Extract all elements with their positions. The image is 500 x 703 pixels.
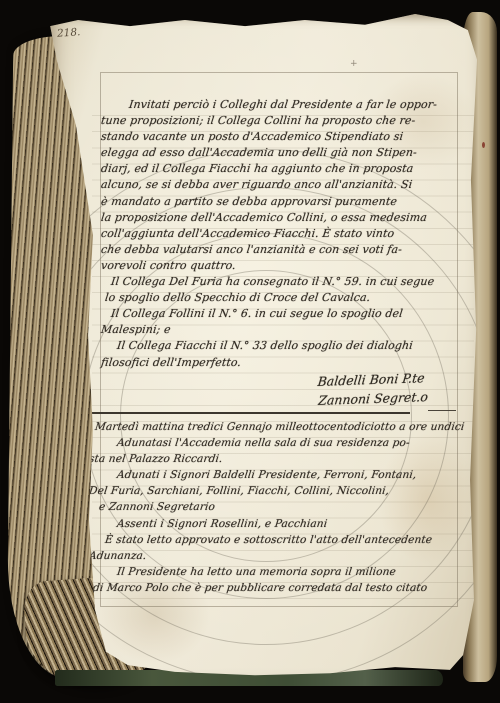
signature-secretary: Zannoni Segret.o [318,387,430,410]
manuscript-line: È stato letto approvato e sottoscritto l… [104,532,486,548]
manuscript-line: coll'aggiunta dell'Accademico Fiacchi. È… [100,226,486,242]
manuscript-line: diarj, ed il Collega Fiacchi ha aggiunto… [100,161,486,177]
manuscript-line: Malespini; e [100,322,486,338]
manuscript-line: Il Collega Follini il N.° 6. in cui segu… [110,306,486,322]
manuscript-line: e Zannoni Segretario [98,499,486,515]
manuscript-line: stando vacante un posto d'Accademico Sti… [100,129,486,145]
scanned-manuscript-photo: 218. + Invitati perciò i Colleghi dal Pr… [0,0,500,703]
manuscript-line: Il Collega Fiacchi il N.° 33 dello spogl… [116,338,486,354]
manuscript-line: di Marco Polo che è per pubblicare corre… [92,580,486,596]
manuscript-line: Il Collega Del Furia ha consegnato il N.… [110,274,486,290]
manuscript-line: sta nel Palazzo Riccardi. [88,451,486,467]
manuscript-line: Martedì mattina tredici Gennajo milleott… [94,419,486,435]
manuscript-line: lo spoglio dello Specchio di Croce del C… [104,290,486,306]
manuscript-line: che debba valutarsi anco l'anzianità e c… [100,242,486,258]
signature-block: Baldelli Boni P.te Zannoni Segret.o [318,368,429,410]
manuscript-line: Del Furia, Sarchiani, Follini, Fiacchi, … [88,483,486,499]
manuscript-line: elegga ad esso dall'Accademia uno delli … [100,145,486,161]
folio-number: 218. [57,26,81,40]
manuscript-line: Invitati perciò i Colleghi dal President… [128,97,486,113]
entry-separator-rule [88,412,410,414]
manuscript-line: Il Presidente ha letto una memoria sopra… [116,564,486,580]
manuscript-line: è mandato a partito se debba approvarsi … [100,194,486,210]
minute-entry-2: Martedì mattina tredici Gennajo milleott… [88,419,484,596]
manuscript-line: Adunatasi l'Accademia nella sala di sua … [116,435,486,451]
pencil-cross-mark: + [350,59,358,69]
manuscript-line: vorevoli contro quattro. [100,258,486,274]
manuscript-line: la proposizione dell'Accademico Collini,… [100,210,486,226]
minute-entry-1: Invitati perciò i Colleghi dal President… [100,97,484,371]
manuscript-line: alcuno, se si debba aver riguardo anco a… [100,177,486,193]
manuscript-line: Adunanza. [88,548,486,564]
manuscript-line: Adunati i Signori Baldelli Presidente, F… [116,467,486,483]
manuscript-line: tune proposizioni; il Collega Collini ha… [100,113,486,129]
manuscript-line: Assenti i Signori Rosellini, e Pacchiani [116,516,486,532]
entry-separator-rule-segment [428,410,456,411]
paper-speck [482,142,485,148]
manuscript-page: 218. + Invitati perciò i Colleghi dal Pr… [48,14,484,686]
